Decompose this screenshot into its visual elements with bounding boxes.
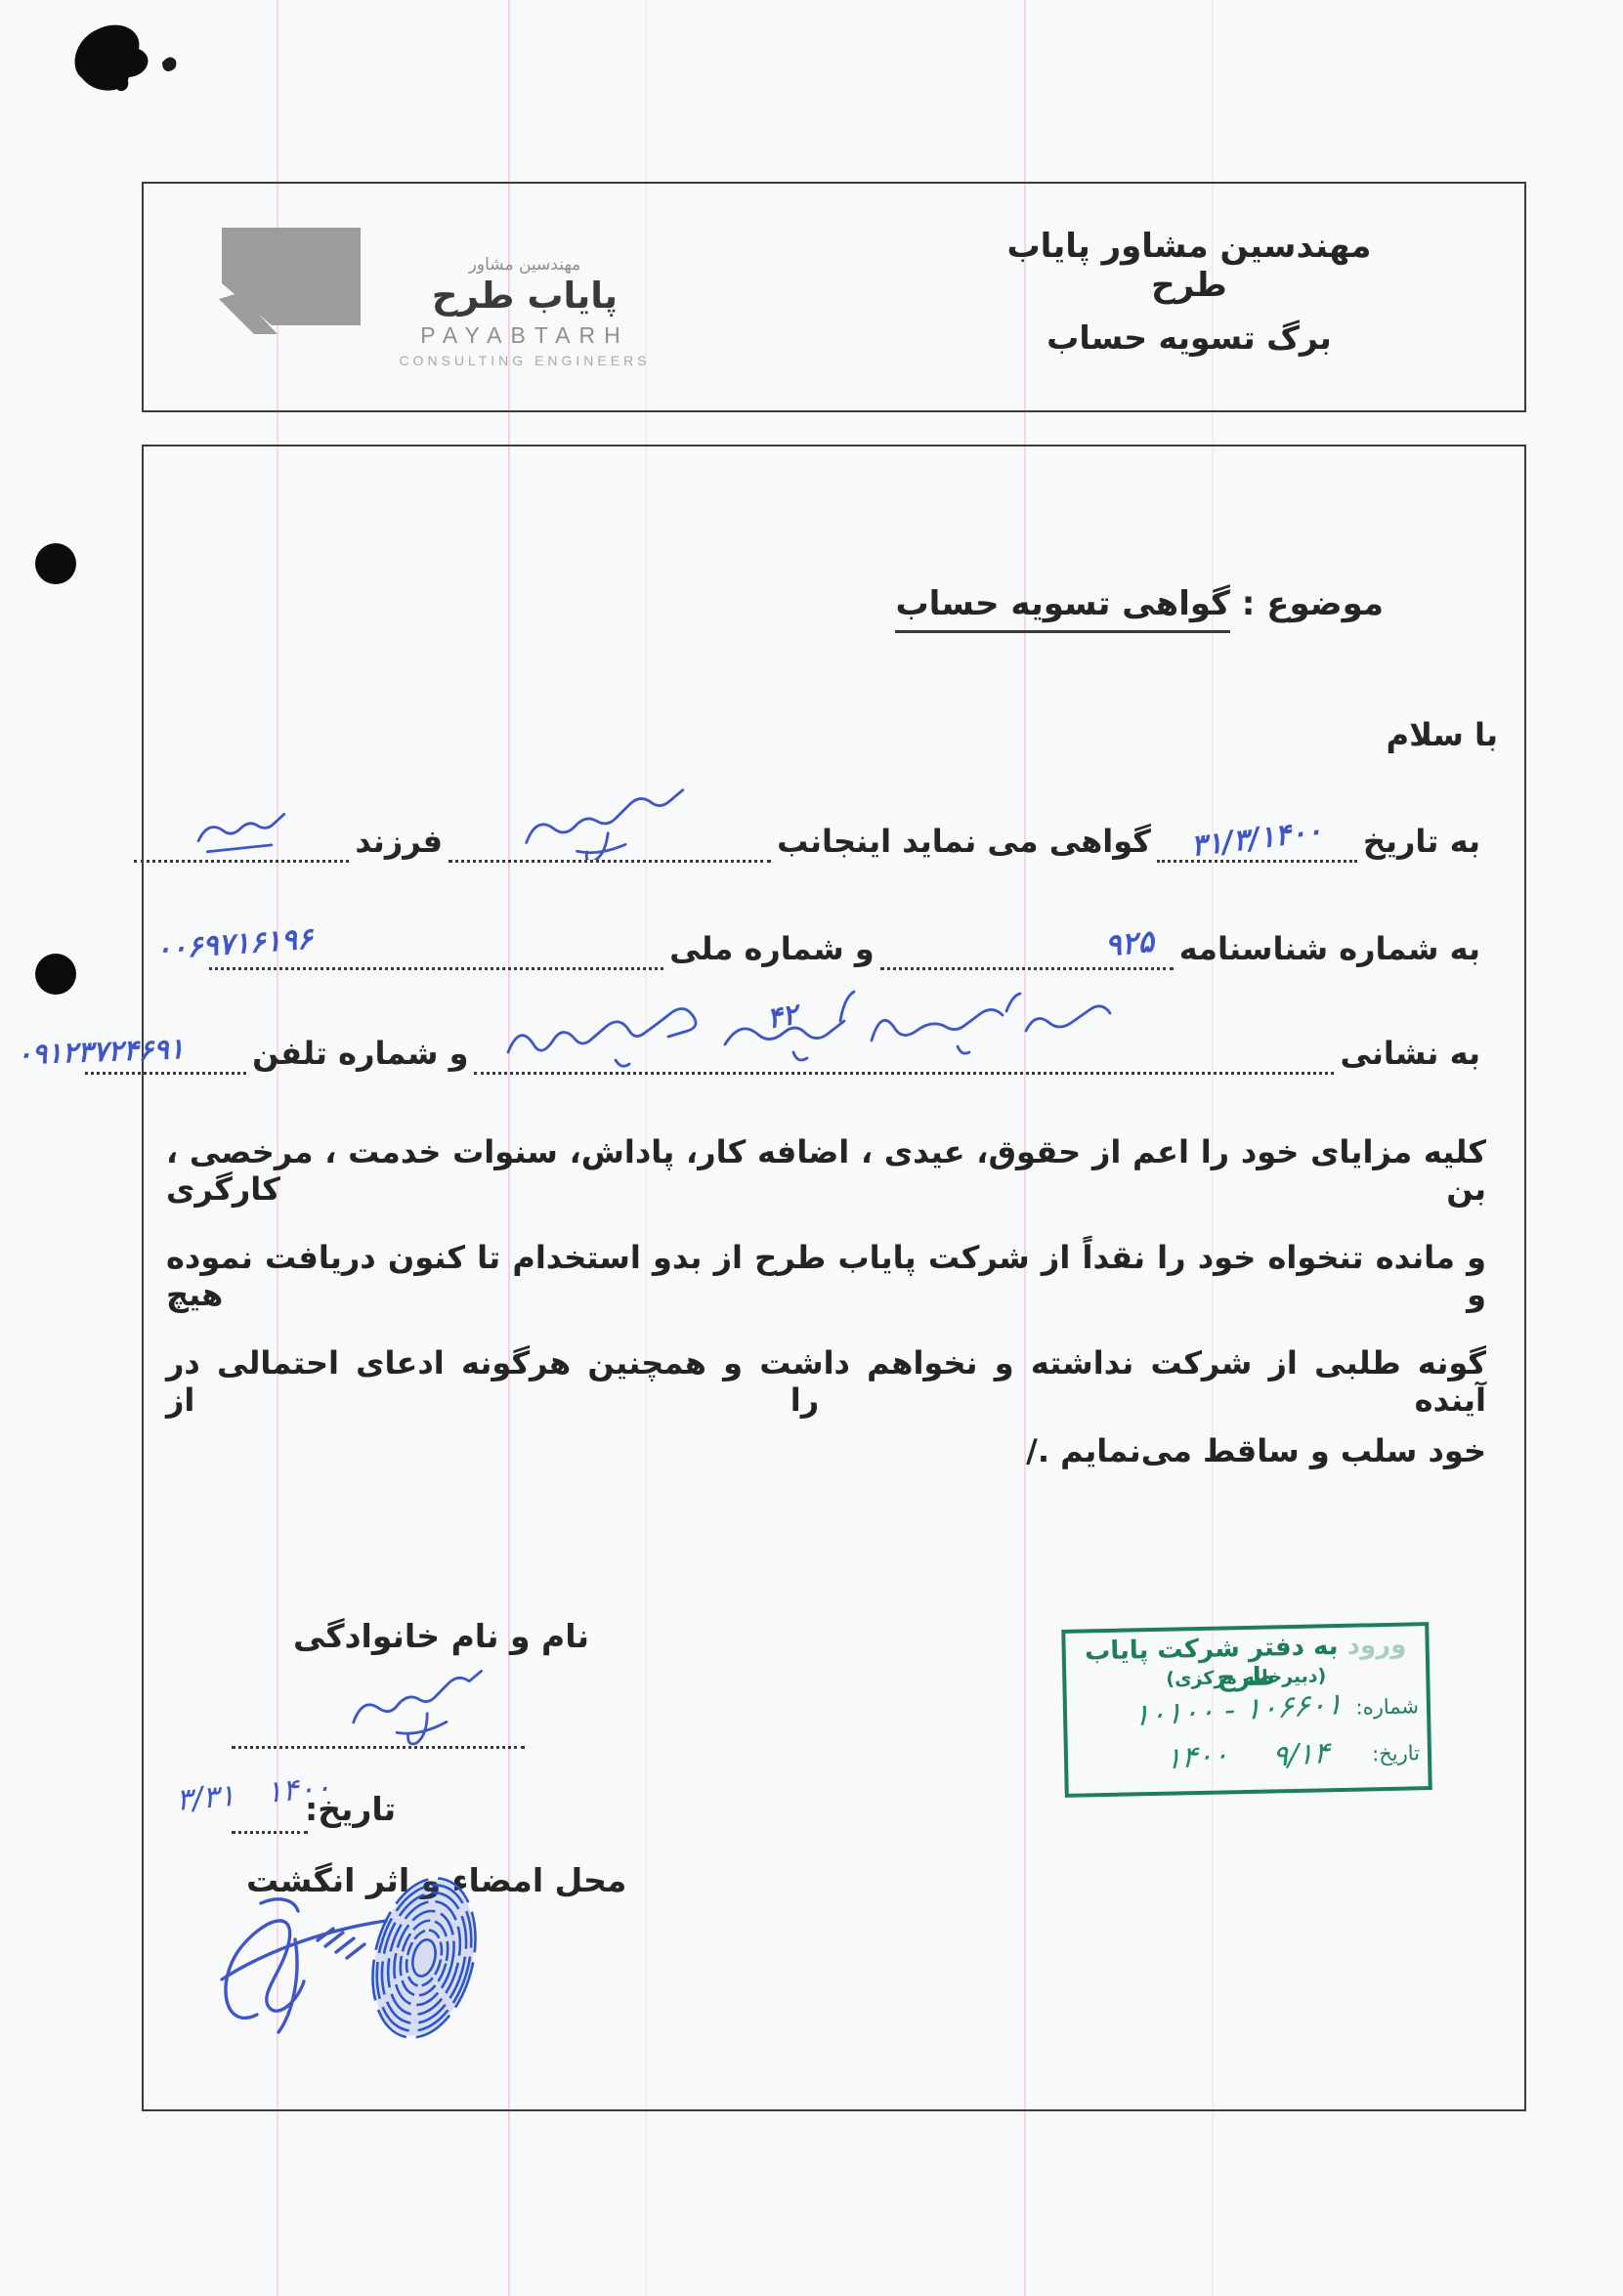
hole-punch-bottom (35, 954, 76, 995)
id-line-part1: به شماره شناسنامه (1174, 927, 1486, 970)
paragraph-line-4: خود سلب و ساقط می‌نمایم ./ (166, 1432, 1486, 1469)
name-fill-dots (448, 819, 771, 863)
id-line: به شماره شناسنامه ۹۲۵ و شماره ملی ۰۰۶۹۷۱… (209, 926, 1486, 970)
national-id-fill-dots: ۰۰۶۹۷۱۶۱۹۶ (209, 926, 663, 970)
stamp-title-faded-word: ورود (1346, 1631, 1406, 1661)
letterhead-subtitle: برگ تسویه حساب (979, 319, 1399, 357)
address-line-part1: به نشانی (1334, 1032, 1486, 1075)
handwritten-name-scribble (512, 777, 698, 860)
id-line-part2: و شماره ملی (663, 927, 880, 970)
stamp-date-label: تاریخ: (1372, 1741, 1420, 1765)
company-logo-mark (219, 225, 365, 361)
address-line: به نشانی ۴۲ و شماره تلفن ۰۹۱۲۳۷۲۴۶۹۱ (85, 1031, 1486, 1075)
handwritten-birth-cert-no: ۹۲۵ (1103, 923, 1155, 963)
handwritten-address-plate: ۴۲ (765, 998, 801, 1036)
logo-farsi-large: پایاب طرح (373, 276, 676, 317)
subject-line: موضوع : گواهی تسویه حساب (895, 584, 1384, 623)
logo-farsi-small: مهندسین مشاور (373, 256, 676, 275)
paragraph-line-1: کلیه مزایای خود را اعم از حقوق، عیدی ، ا… (166, 1133, 1486, 1208)
logo-latin-name: PAYABTARH (373, 323, 676, 348)
letterhead-title: مهندسین مشاور پایاب طرح (979, 227, 1399, 305)
birth-cert-fill-dots: ۹۲۵ (880, 926, 1174, 970)
stamp-number-label: شماره: (1355, 1694, 1419, 1719)
date-fill-dots: ۳۱/۳/۱۴۰۰ (1157, 819, 1357, 863)
ink-blot (68, 21, 178, 107)
certify-line: به تاریخ ۳۱/۳/۱۴۰۰ گواهی می نماید اینجان… (134, 819, 1486, 863)
certify-line-part2: گواهی می نماید اینجانب (771, 820, 1157, 863)
scanned-settlement-document: مهندسین مشاور پایاب طرح PAYABTARH CONSUL… (0, 0, 1623, 2296)
greeting: با سلام (1387, 716, 1498, 753)
handwritten-father-scribble (188, 801, 295, 858)
paragraph-line-3: گونه طلبی از شرکت نداشته و نخواهم داشت و… (166, 1344, 1486, 1419)
stamp-date-day: ۹/۱۴ (1271, 1736, 1329, 1774)
stamp-number-value: ۱۰۱۰۰ - ۱۰۶۶۰۱ (1132, 1686, 1343, 1733)
phone-fill-dots: ۰۹۱۲۳۷۲۴۶۹۱ (85, 1031, 246, 1075)
logo-latin-subtitle: CONSULTING ENGINEERS (373, 354, 676, 368)
paragraph-line-2: و مانده تنخواه خود را نقداً از شرکت پایا… (166, 1239, 1486, 1313)
handwritten-signer-name-scribble (342, 1661, 508, 1754)
fingerprint-mark (367, 1872, 483, 2044)
subject-value: گواهی تسویه حساب (895, 584, 1230, 633)
address-fill-dots: ۴۲ (474, 1031, 1334, 1075)
hole-punch-top (35, 543, 76, 584)
certify-line-part1: به تاریخ (1357, 820, 1486, 863)
registry-stamp: ورود به دفتر شرکت پایاب طرح (دبیرخانه مر… (1061, 1622, 1432, 1798)
subject-label: موضوع : (1242, 584, 1384, 623)
address-line-part2: و شماره تلفن (246, 1032, 474, 1075)
stamp-date-year: ۱۴۰۰ (1166, 1738, 1229, 1777)
company-logo-text: مهندسین مشاور پایاب طرح PAYABTARH CONSUL… (373, 256, 676, 368)
handwritten-address-scribble (498, 982, 1133, 1078)
handwritten-phone: ۰۹۱۲۳۷۲۴۶۹۱ (17, 1032, 185, 1071)
father-fill-dots (134, 819, 349, 863)
certify-line-part3: فرزند (349, 820, 448, 863)
letterhead-box: مهندسین مشاور پایاب طرح PAYABTARH CONSUL… (142, 182, 1526, 412)
name-label: نام و نام خانوادگی (293, 1617, 589, 1655)
